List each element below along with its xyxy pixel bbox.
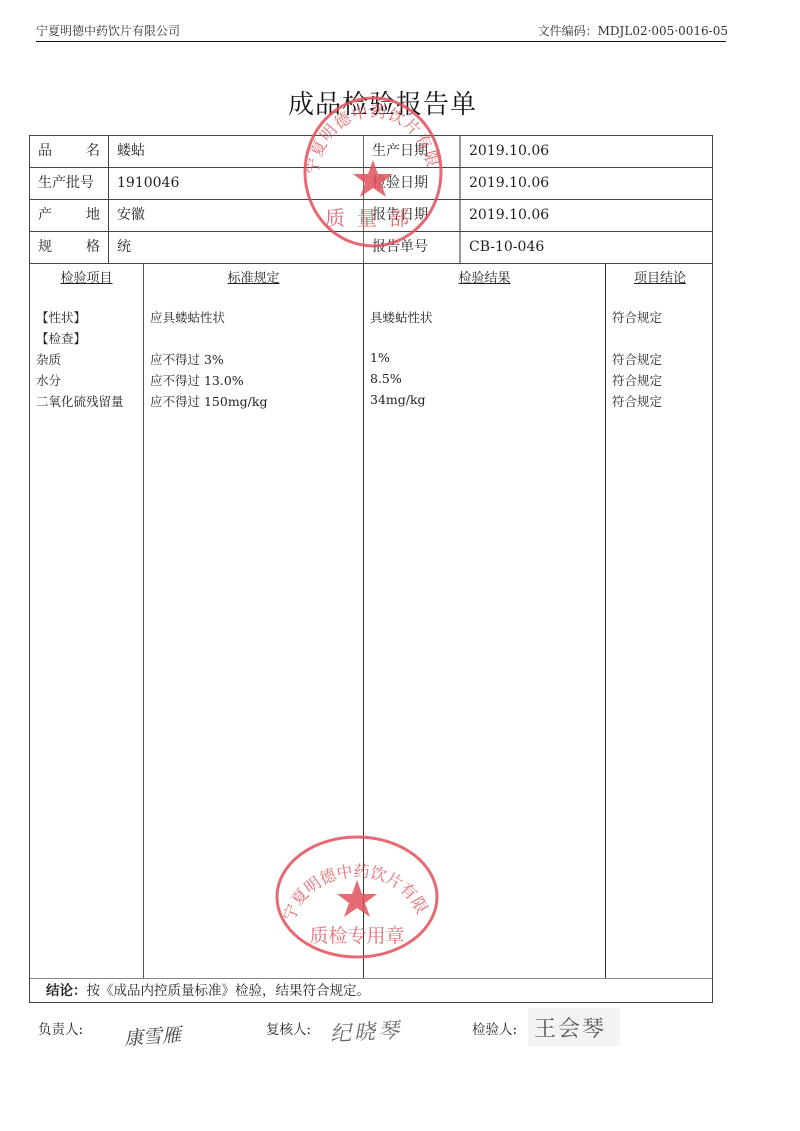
inspector-signature-box: 王会琴 [528, 1008, 620, 1046]
product-name-value: 蝼蛄 [109, 136, 363, 167]
overall-conclusion: 结论：按《成品内控质量标准》检验，结果符合规定。 [30, 978, 712, 1004]
column-result: 检验结果 具蝼蛄性状 1% 8.5% 34mg/kg [364, 264, 606, 978]
inspector-signature: 王会琴 [534, 1012, 606, 1043]
label-char: 规 [38, 232, 52, 263]
conclusion-label: 结论： [46, 983, 87, 999]
column-item: 检验项目 【性状】 【检查】 杂质 水分 二氧化硫残留量 [30, 264, 144, 978]
column-header: 检验结果 [364, 264, 605, 285]
column-header: 项目结论 [606, 264, 714, 285]
report-table: 品名 蝼蛄 生产日期 2019.10.06 生产批号 1910046 检验日期 … [29, 135, 713, 1003]
production-date-value: 2019.10.06 [461, 136, 713, 167]
column-header: 检验项目 [30, 264, 143, 285]
info-label: 报告单号 [363, 232, 461, 263]
info-label: 生产批号 [30, 168, 109, 199]
conclusion-cell: 符合规定 [612, 392, 662, 410]
item-cell: 【性状】 [36, 308, 86, 326]
batch-number-value: 1910046 [109, 168, 363, 199]
result-cell: 34mg/kg [370, 392, 426, 407]
reviewer-label: 复核人: [266, 1018, 311, 1038]
report-date-value: 2019.10.06 [461, 200, 713, 231]
result-cell: 具蝼蛄性状 [370, 308, 433, 326]
document-code: 文件编码：MDJL02·005·0016-05 [538, 22, 728, 39]
spec-value: 统 [109, 232, 363, 263]
result-cell: 1% [370, 350, 390, 365]
info-row-spec: 规格 统 报告单号 CB-10-046 [30, 232, 712, 264]
info-row-batch: 生产批号 1910046 检验日期 2019.10.06 [30, 168, 712, 200]
company-header: 宁夏明德中药饮片有限公司 [36, 22, 180, 39]
standard-cell: 应不得过 150mg/kg [150, 392, 267, 410]
conclusion-cell: 符合规定 [612, 350, 662, 368]
label-char: 格 [86, 232, 100, 263]
column-standard: 标准规定 应具蝼蛄性状 应不得过 3% 应不得过 13.0% 应不得过 150m… [144, 264, 364, 978]
header-divider [36, 41, 726, 42]
info-label: 报告日期 [363, 200, 461, 231]
item-cell: 杂质 [36, 350, 61, 368]
report-title: 成品检验报告单 [0, 84, 765, 121]
standard-cell: 应具蝼蛄性状 [150, 308, 225, 326]
item-cell: 二氧化硫残留量 [36, 392, 124, 410]
responsible-label: 负责人: [38, 1018, 83, 1038]
column-header: 标准规定 [144, 264, 363, 285]
origin-value: 安徽 [109, 200, 363, 231]
label-char: 地 [86, 200, 100, 231]
info-row-product-name: 品名 蝼蛄 生产日期 2019.10.06 [30, 136, 712, 168]
label-char: 名 [86, 136, 100, 167]
report-number-value: CB-10-046 [461, 232, 713, 263]
label-char: 品 [38, 136, 52, 167]
label-char: 产 [38, 200, 52, 231]
inspector-label: 检验人: [472, 1018, 517, 1038]
responsible-signature: 康雪雁 [123, 1020, 182, 1051]
info-label: 规格 [30, 232, 109, 263]
column-conclusion: 项目结论 符合规定 符合规定 符合规定 符合规定 [606, 264, 714, 978]
result-cell: 8.5% [370, 371, 402, 386]
inspection-date-value: 2019.10.06 [461, 168, 713, 199]
info-label: 品名 [30, 136, 109, 167]
item-cell: 【检查】 [36, 329, 86, 347]
standard-cell: 应不得过 13.0% [150, 371, 244, 389]
item-cell: 水分 [36, 371, 61, 389]
inspection-details: 检验项目 【性状】 【检查】 杂质 水分 二氧化硫残留量 标准规定 应具蝼蛄性状… [30, 264, 712, 978]
info-row-origin: 产地 安徽 报告日期 2019.10.06 [30, 200, 712, 232]
standard-cell: 应不得过 3% [150, 350, 224, 368]
info-label: 产地 [30, 200, 109, 231]
info-label: 检验日期 [363, 168, 461, 199]
conclusion-cell: 符合规定 [612, 308, 662, 326]
reviewer-signature: 纪晓琴 [329, 1014, 402, 1048]
conclusion-text: 按《成品内控质量标准》检验，结果符合规定。 [87, 983, 371, 999]
info-label: 生产日期 [363, 136, 461, 167]
conclusion-cell: 符合规定 [612, 371, 662, 389]
